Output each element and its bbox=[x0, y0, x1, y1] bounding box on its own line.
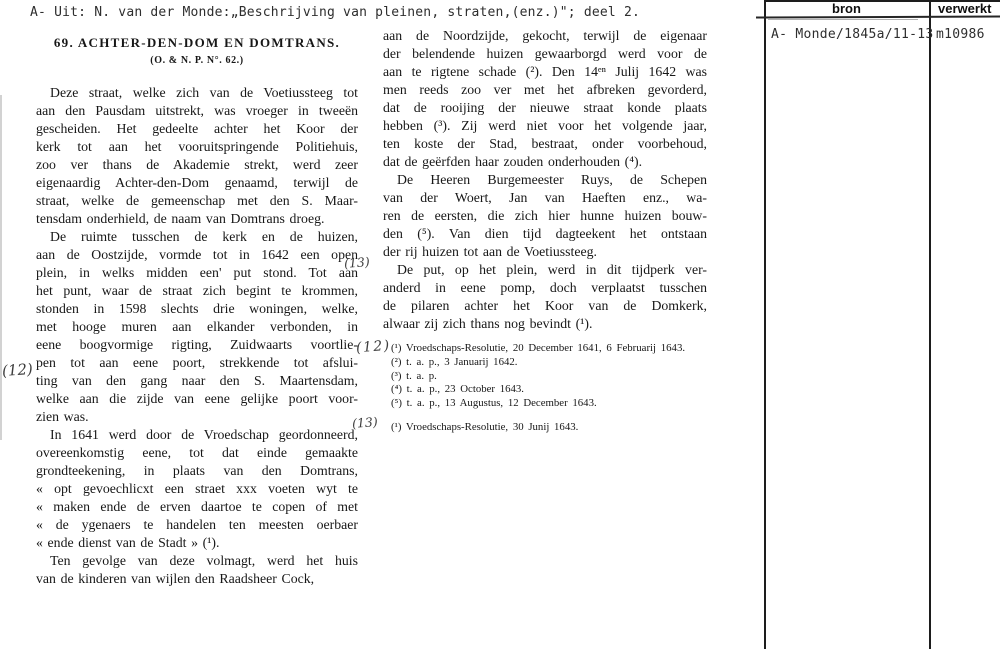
text-line: « opt gevoechlicxt een straet xxx voeten… bbox=[36, 480, 358, 498]
text-line: ten koste der Stad, bestraat, onder voor… bbox=[383, 135, 707, 153]
footnote-block-13: (¹) Vroedschaps-Resolutie, 30 Junij 1643… bbox=[391, 421, 703, 435]
text-line: De ruimte tusschen de kerk en de huizen, bbox=[36, 228, 358, 246]
text-line: eigenaardig Achter-den-Dom genaamd, terw… bbox=[36, 174, 358, 192]
footnote-block-12: (¹) Vroedschaps-Resolutie, 20 December 1… bbox=[391, 342, 703, 411]
text-line: « ende dienst van de Stadt » (¹). bbox=[36, 534, 358, 552]
text-line: aan de Noordzijde, gekocht, terwijl de e… bbox=[383, 27, 707, 45]
text-line: (²) t. a. p., 3 Januarij 1642. bbox=[391, 356, 703, 370]
archival-document-scan: A- Uit: N. van der Monde:„Beschrijving v… bbox=[0, 0, 1000, 649]
text-line: pen tot aan eene poort, strekkende tot a… bbox=[36, 354, 358, 372]
handwritten-note-12-footnotes: (12) bbox=[355, 338, 391, 356]
text-line: der belendende huizen gewaarborgd werd v… bbox=[383, 45, 707, 63]
text-line: den (⁵). Van dien tijd dagteekent het on… bbox=[383, 225, 707, 243]
text-line: gescheiden. Het gedeelte achter het Koor… bbox=[36, 120, 358, 138]
text-line: hebben (³). Zij werd niet voor het volge… bbox=[383, 117, 707, 135]
text-line: « de ygenaers te handelen ten meesten oe… bbox=[36, 516, 358, 534]
scan-edge-artifact bbox=[0, 95, 2, 440]
cell-verwerkt-value: m10986 bbox=[936, 27, 985, 42]
handwritten-note-13-footnotes: (13) bbox=[352, 414, 379, 431]
text-line: aan te rigtene schade (²). Den 14ᵉⁿ Juli… bbox=[383, 63, 707, 81]
text-line: dat de rooijing der nieuwe straat konde … bbox=[383, 99, 707, 117]
text-line: met hooge muren aan elkander verbonden, … bbox=[36, 318, 358, 336]
text-line: overeenkomstig eene, tot dat einde gemaa… bbox=[36, 444, 358, 462]
text-line: der rij huizen tot aan de Voetiussteeg. bbox=[383, 243, 707, 261]
text-line: kerk tot aan het vooruitspringende Polit… bbox=[36, 138, 358, 156]
text-line: Deze straat, welke zich van de Voetiusst… bbox=[36, 84, 358, 102]
text-line: stonden in 1598 slechts drie woningen, w… bbox=[36, 300, 358, 318]
text-line: (¹) Vroedschaps-Resolutie, 20 December 1… bbox=[391, 342, 703, 356]
text-line: (¹) Vroedschaps-Resolutie, 30 Junij 1643… bbox=[391, 421, 703, 435]
text-line: « maken ende de erven daartoe te copen o… bbox=[36, 498, 358, 516]
text-line: De put, op het plein, werd in dit tijdpe… bbox=[383, 261, 707, 279]
text-line: anderd in eene pomp, doch verplaatst tus… bbox=[383, 279, 707, 297]
text-line: men reeds zoo ver met het afbreken gevor… bbox=[383, 81, 707, 99]
text-line: (³) t. a. p. bbox=[391, 370, 703, 384]
text-line: het punt, waar de straat zich begint te … bbox=[36, 282, 358, 300]
left-column-text: Deze straat, welke zich van de Voetiusst… bbox=[36, 84, 358, 588]
text-line: welke aan die zijde van eene gelijke poo… bbox=[36, 390, 358, 408]
text-line: dat de geërfden haar zouden onderhouden … bbox=[383, 153, 707, 171]
text-line: eene boogvormige rigting, Zuidwaarts voo… bbox=[36, 336, 358, 354]
text-line: De Heeren Burgemeester Ruys, de Schepen bbox=[383, 171, 707, 189]
text-line: aan den Pausdam uitstrekt, was vroeger i… bbox=[36, 102, 358, 120]
text-line: straat, welke de gemeenschap met den S. … bbox=[36, 192, 358, 210]
text-line: zoo ver thans de Akademie strekt, werd z… bbox=[36, 156, 358, 174]
cell-bron-value: A- Monde/1845a/11-13 bbox=[771, 27, 934, 42]
text-line: de pilaren achter het Koor van de Domker… bbox=[383, 297, 707, 315]
text-line: (⁵) t. a. p., 13 Augustus, 12 December 1… bbox=[391, 397, 703, 411]
column-header-bron: bron bbox=[764, 1, 929, 16]
registry-table-header-underline-stroke bbox=[768, 19, 918, 20]
text-line: ting van den gang naar den S. Maartensda… bbox=[36, 372, 358, 390]
handwritten-note-13-paragraph: (13) bbox=[344, 254, 371, 271]
text-line: (⁴) t. a. p., 23 October 1643. bbox=[391, 383, 703, 397]
text-line: Ten gevolge van deze volmagt, werd het h… bbox=[36, 552, 358, 570]
text-line: plein, in welks midden een' put stond. T… bbox=[36, 264, 358, 282]
text-line: van der Woert, Jan van Haeften enz., wa- bbox=[383, 189, 707, 207]
text-line: In 1641 werd door de Vroedschap geordonn… bbox=[36, 426, 358, 444]
typed-source-line: A- Uit: N. van der Monde:„Beschrijving v… bbox=[30, 5, 640, 20]
text-line: aan de Oostzijde, vormde tot in 1642 een… bbox=[36, 246, 358, 264]
handwritten-note-12-left-margin: (12) bbox=[1, 360, 33, 380]
text-line: alwaar zij zich thans nog bevindt (¹). bbox=[383, 315, 707, 333]
text-line: tensdam onderhield, de naam van Domtrans… bbox=[36, 210, 358, 228]
column-header-verwerkt: verwerkt bbox=[938, 1, 991, 16]
registry-table-column-divider bbox=[929, 0, 931, 649]
section-heading: 69. ACHTER-DEN-DOM EN DOMTRANS. bbox=[36, 35, 358, 51]
section-subheading: (O. & N. P. N°. 62.) bbox=[36, 55, 358, 66]
text-line: grondteekening, in plaats van den Domtra… bbox=[36, 462, 358, 480]
right-column-text: aan de Noordzijde, gekocht, terwijl de e… bbox=[383, 27, 707, 333]
text-line: van de kinderen van wijlen den Raadsheer… bbox=[36, 570, 358, 588]
text-line: ren de eersten, die zich hier hunne huiz… bbox=[383, 207, 707, 225]
registry-table-left-border bbox=[764, 0, 766, 649]
text-line: zien was. bbox=[36, 408, 358, 426]
